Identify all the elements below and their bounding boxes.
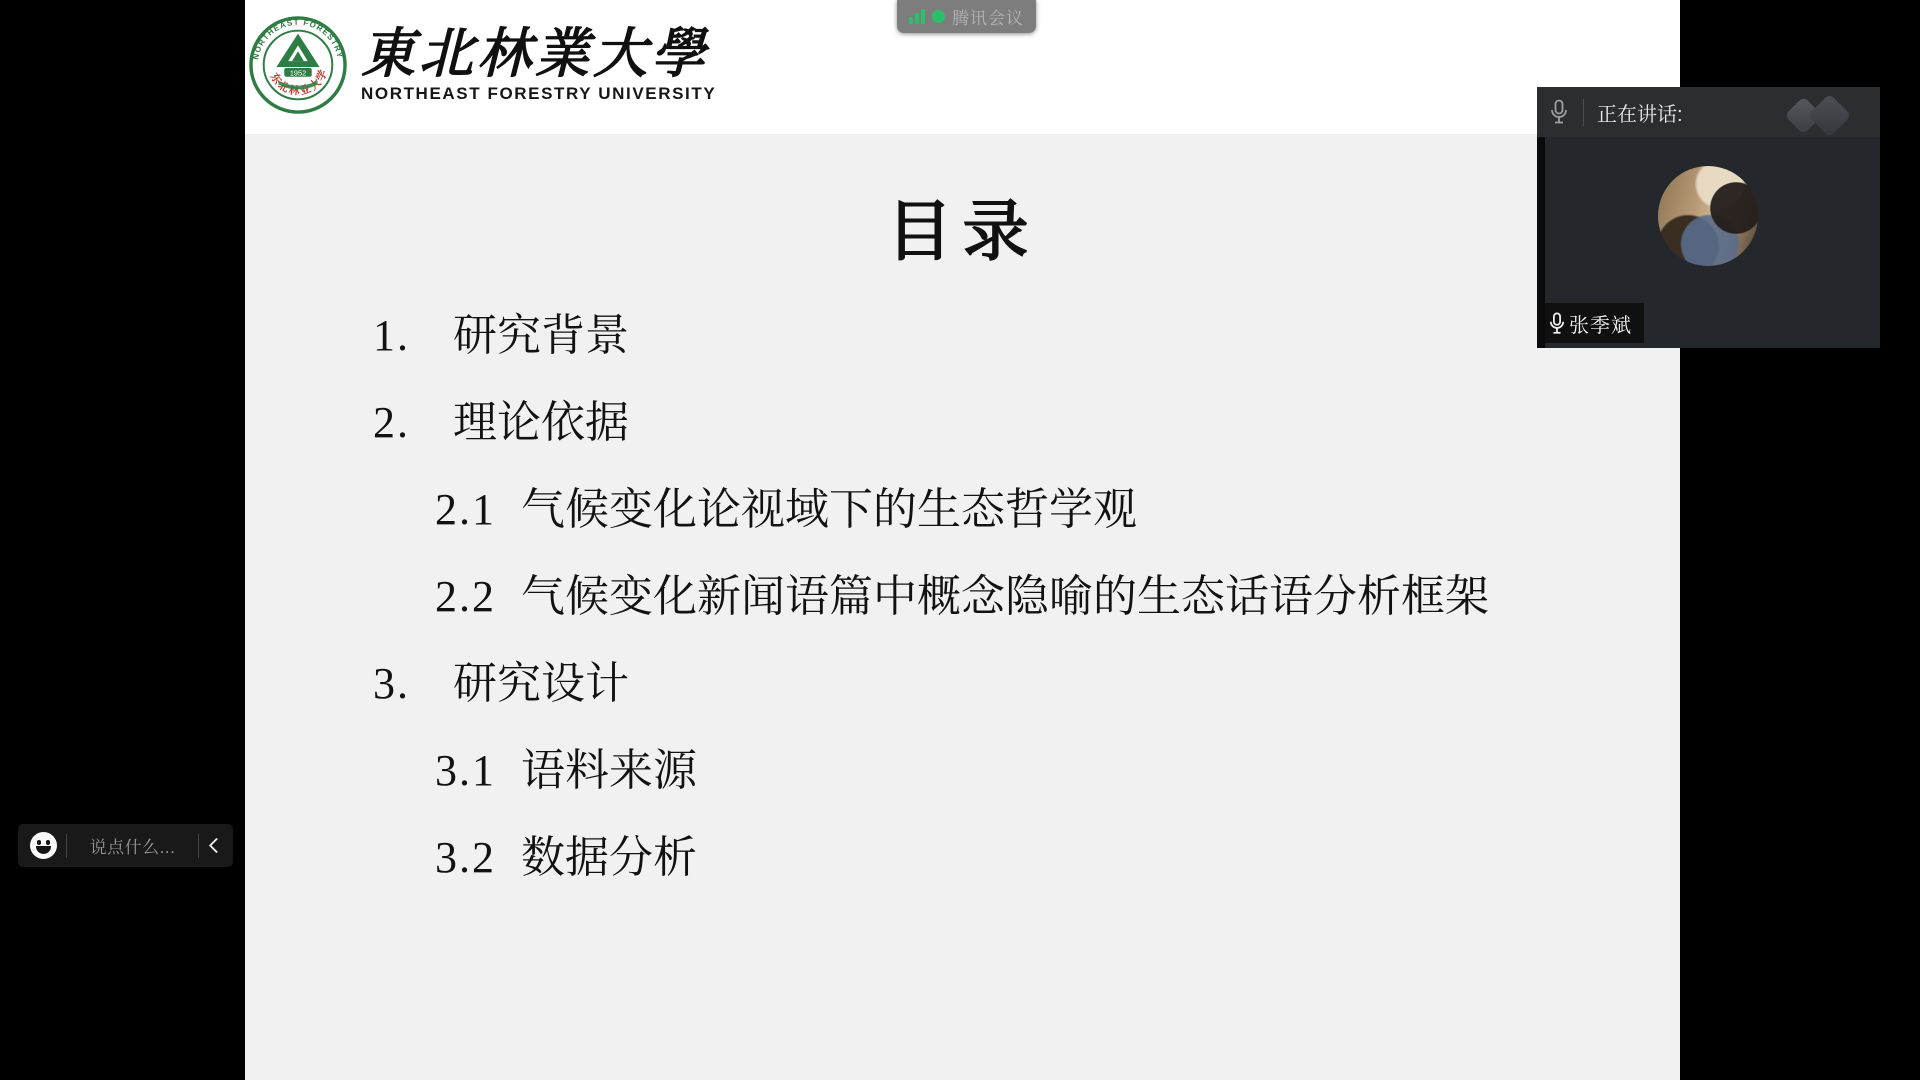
toc-item-number: 2.1 xyxy=(435,466,521,553)
toc-item-text: 研究背景 xyxy=(453,292,629,379)
connection-status-dot-icon xyxy=(932,10,945,23)
video-feed: 张季斌 xyxy=(1537,137,1880,348)
toc-item: 2.1 气候变化论视域下的生态哲学观 xyxy=(245,466,1680,553)
emoji-button[interactable] xyxy=(30,832,57,859)
shared-slide: NORTHEAST FORESTRY UNIVERSITY 东北林业大学 195… xyxy=(245,0,1680,1080)
toc-item-text: 理论依据 xyxy=(453,379,629,466)
seal-year: 1952 xyxy=(290,68,306,77)
meeting-screen: NORTHEAST FORESTRY UNIVERSITY 东北林业大学 195… xyxy=(0,0,1920,1080)
toc-item-text: 语料来源 xyxy=(521,727,697,814)
university-name-cn: 東北林業大學 xyxy=(361,26,716,82)
participant-video-window[interactable]: 正在讲话: 张季斌 xyxy=(1537,87,1880,348)
meeting-badge-label: 腾讯会议 xyxy=(952,4,1024,29)
toc-item: 1. 研究背景 xyxy=(245,292,1680,379)
speaking-label: 正在讲话: xyxy=(1597,98,1683,127)
toc-item-number: 2. xyxy=(373,379,453,466)
microphone-icon[interactable] xyxy=(1550,99,1568,125)
toc-item-text: 数据分析 xyxy=(521,814,697,901)
header-divider xyxy=(1583,99,1584,126)
table-of-contents: 1. 研究背景 2. 理论依据 2.1 气候变化论视域下的生态哲学观 2.2 气… xyxy=(245,292,1680,901)
meeting-status-badge[interactable]: 腾讯会议 xyxy=(897,0,1036,33)
toc-item-number: 3.2 xyxy=(435,814,521,901)
toc-item-number: 2.2 xyxy=(435,553,521,640)
participant-name: 张季斌 xyxy=(1569,309,1632,338)
chat-message-input[interactable]: 说点什么... xyxy=(67,833,198,858)
toc-item-text: 研究设计 xyxy=(453,640,629,727)
slide-title: 目录 xyxy=(245,178,1680,273)
toc-item-text: 气候变化新闻语篇中概念隐喻的生态话语分析框架 xyxy=(521,553,1489,640)
toc-item: 2. 理论依据 xyxy=(245,379,1680,466)
participant-name-tag: 张季斌 xyxy=(1545,303,1644,343)
network-signal-icon xyxy=(909,9,925,24)
tencent-meeting-logo-watermark xyxy=(1786,95,1856,133)
name-tag-mic-icon xyxy=(1549,312,1565,335)
toc-item: 3.2 数据分析 xyxy=(245,814,1680,901)
university-name-en: NORTHEAST FORESTRY UNIVERSITY xyxy=(361,84,716,104)
slide-body: 目录 1. 研究背景 2. 理论依据 2.1 气候变化论视域下的生态哲学观 2.… xyxy=(245,134,1680,1080)
university-brand: NORTHEAST FORESTRY UNIVERSITY 东北林业大学 195… xyxy=(249,16,716,114)
chat-collapse-button[interactable] xyxy=(199,824,233,867)
toc-item: 3. 研究设计 xyxy=(245,640,1680,727)
toc-item-text: 气候变化论视域下的生态哲学观 xyxy=(521,466,1137,553)
toc-item: 3.1 语料来源 xyxy=(245,727,1680,814)
chat-input-bar[interactable]: 说点什么... xyxy=(18,824,233,867)
university-name-block: 東北林業大學 NORTHEAST FORESTRY UNIVERSITY xyxy=(361,26,716,104)
participant-avatar xyxy=(1658,166,1758,266)
toc-item-number: 1. xyxy=(373,292,453,379)
toc-item: 2.2 气候变化新闻语篇中概念隐喻的生态话语分析框架 xyxy=(245,553,1680,640)
university-seal-logo: NORTHEAST FORESTRY UNIVERSITY 东北林业大学 195… xyxy=(249,16,347,114)
toc-item-number: 3. xyxy=(373,640,453,727)
chevron-left-icon xyxy=(208,838,224,854)
toc-item-number: 3.1 xyxy=(435,727,521,814)
video-window-header[interactable]: 正在讲话: xyxy=(1537,87,1880,137)
